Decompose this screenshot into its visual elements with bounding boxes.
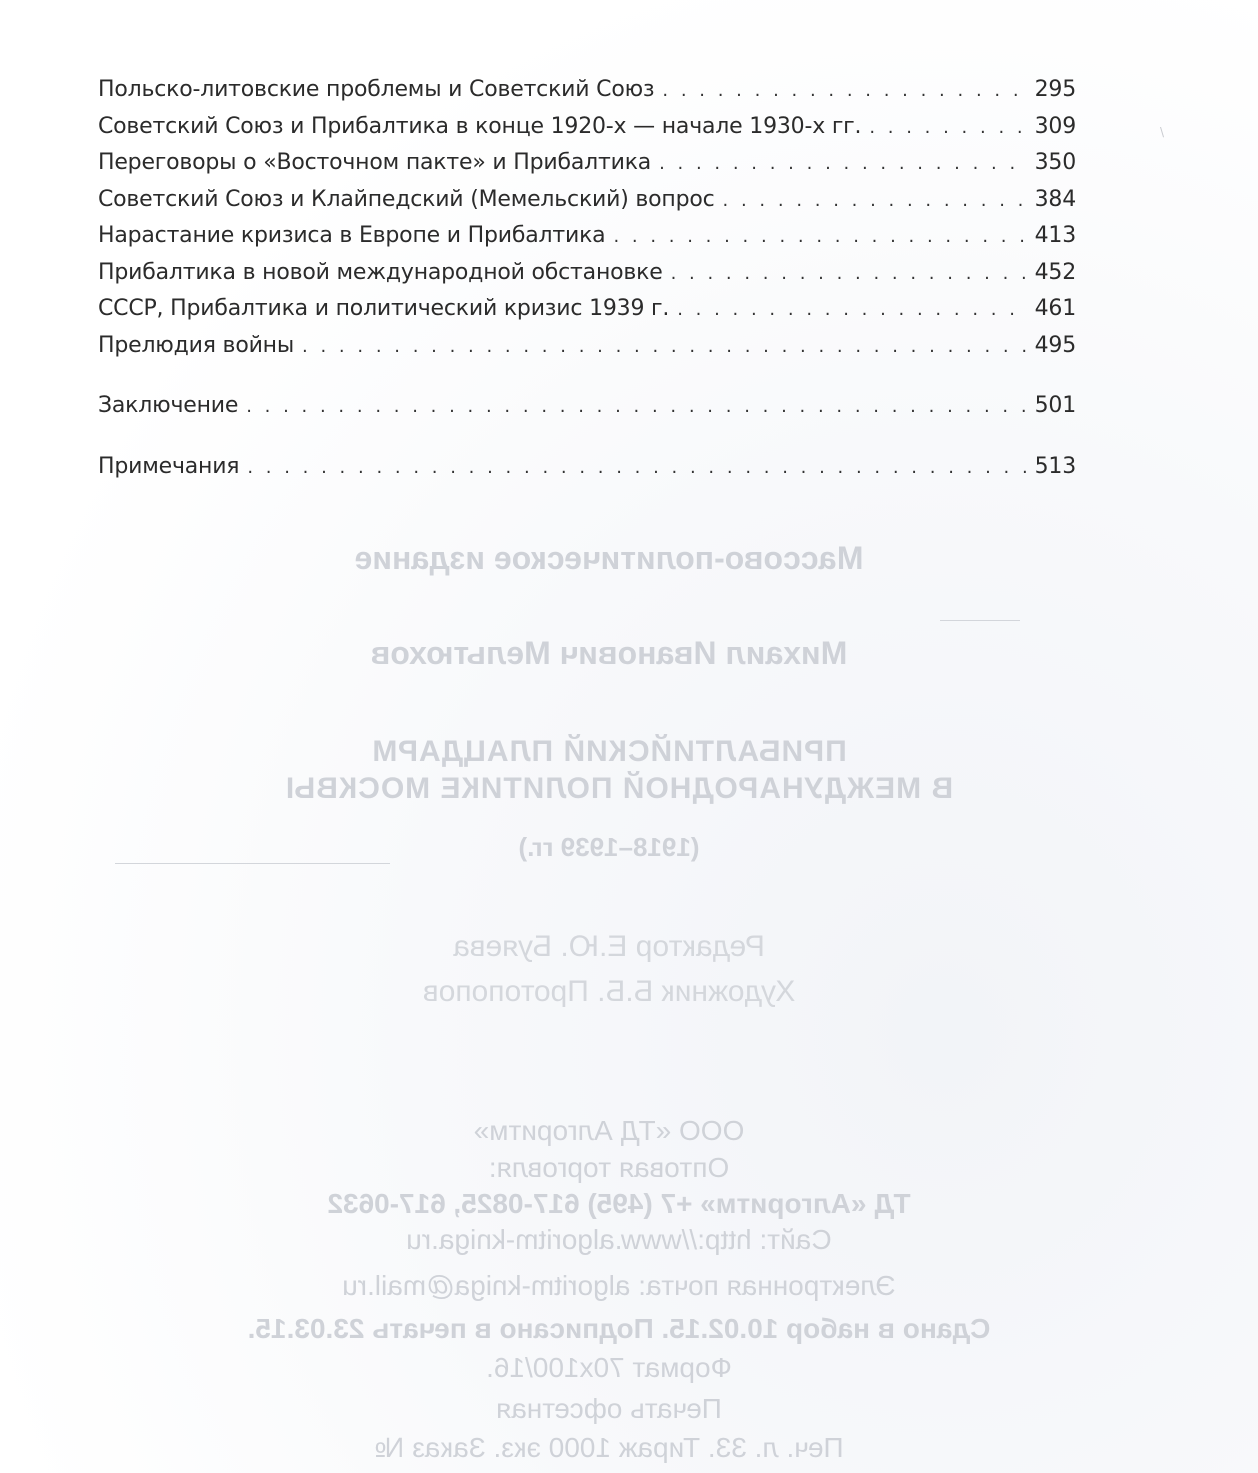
bleed-line: ТД «Алгоритм» +7 (495) 617-0825, 617-063…: [0, 1188, 1248, 1220]
toc-entry-page: 513: [1030, 449, 1076, 486]
dot-leader: [302, 329, 1028, 366]
bleed-line: Михаил Иванович Мельтюхов: [0, 635, 1238, 672]
toc-entry-title: Переговоры о «Восточном пакте» и Прибалт…: [98, 145, 651, 182]
paper-speck: \: [1160, 125, 1170, 145]
bleed-line: Художник Б.Б. Протопопов: [0, 975, 1238, 1009]
dot-leader: [662, 73, 1028, 110]
dot-leader: [613, 219, 1028, 256]
bleed-line: Редактор Е.Ю. Буяева: [0, 930, 1238, 964]
toc-entry-title: Советский Союз и Клайпедский (Мемельский…: [98, 182, 715, 219]
toc-entry-page: 384: [1030, 182, 1076, 219]
toc-entry-page: 309: [1030, 109, 1076, 146]
bleed-line: (1918–1939 гг.): [0, 832, 1238, 863]
toc-entry-page: 350: [1030, 145, 1076, 182]
toc-entry-notes[interactable]: Примечания 513: [98, 449, 1076, 486]
dot-leader: [659, 146, 1028, 183]
table-of-contents: Польско-литовские проблемы и Советский С…: [98, 72, 1076, 485]
toc-entry[interactable]: Польско-литовские проблемы и Советский С…: [98, 72, 1076, 109]
toc-entry-title: Прелюдия войны: [98, 328, 294, 365]
toc-entry-title: Прибалтика в новой международной обстано…: [98, 255, 663, 292]
toc-entry-page: 495: [1030, 328, 1076, 365]
bleed-line: Печать офсетная: [0, 1393, 1238, 1425]
dot-leader: [677, 292, 1028, 329]
bleed-line: ООО «ТД Алгоритм»: [0, 1115, 1238, 1147]
toc-entry[interactable]: Нарастание кризиса в Европе и Прибалтика…: [98, 218, 1076, 255]
bleed-line: Электронная почта: algoritm-kniga@mail.r…: [0, 1270, 1248, 1302]
toc-entry[interactable]: Советский Союз и Клайпедский (Мемельский…: [98, 182, 1076, 219]
toc-entry-conclusion[interactable]: Заключение 501: [98, 388, 1076, 425]
dot-leader: [671, 256, 1028, 293]
toc-entry[interactable]: Прелюдия войны 495: [98, 328, 1076, 365]
toc-entry-title: Польско-литовские проблемы и Советский С…: [98, 72, 654, 109]
dot-leader: [247, 450, 1028, 487]
toc-entry-page: 413: [1030, 218, 1076, 255]
toc-entry-title: СССР, Прибалтика и политический кризис 1…: [98, 291, 669, 328]
toc-entry[interactable]: СССР, Прибалтика и политический кризис 1…: [98, 291, 1076, 328]
toc-entry[interactable]: Прибалтика в новой международной обстано…: [98, 255, 1076, 292]
bleed-line: В МЕЖДУНАРОДНОЙ ПОЛИТИКЕ МОСКВЫ: [0, 772, 1248, 806]
bleed-rule: [115, 863, 390, 864]
toc-entry[interactable]: Советский Союз и Прибалтика в конце 1920…: [98, 109, 1076, 146]
toc-entry-title: Советский Союз и Прибалтика в конце 1920…: [98, 109, 861, 146]
toc-entry-page: 501: [1030, 388, 1076, 425]
bleed-line: Оптовая торговля:: [0, 1152, 1238, 1184]
bleed-rule: [940, 620, 1020, 621]
toc-entry-title: Заключение: [98, 388, 238, 425]
bleed-line: ПРИБАЛТИЙСКИЙ ПЛАЦДАРМ: [0, 735, 1238, 769]
bleed-line: Сдано в набор 10.02.15. Подписано в печа…: [0, 1313, 1248, 1345]
bleed-line: Сайт: http://www.algoritm-kniga.ru: [0, 1224, 1248, 1256]
bleed-line: Формат 70х100/16.: [0, 1352, 1238, 1384]
bleed-line: Печ. л. 33. Тираж 1000 экз. Заказ №: [0, 1432, 1238, 1464]
toc-entry-title: Примечания: [98, 449, 239, 486]
dot-leader: [723, 183, 1028, 220]
toc-entry-page: 461: [1030, 291, 1076, 328]
dot-leader: [869, 110, 1028, 147]
toc-entry-title: Нарастание кризиса в Европе и Прибалтика: [98, 218, 605, 255]
toc-entry-page: 452: [1030, 255, 1076, 292]
toc-entry-page: 295: [1030, 72, 1076, 109]
dot-leader: [246, 389, 1028, 426]
bleed-line: Массово-политическое издание: [0, 540, 1238, 577]
toc-entry[interactable]: Переговоры о «Восточном пакте» и Прибалт…: [98, 145, 1076, 182]
